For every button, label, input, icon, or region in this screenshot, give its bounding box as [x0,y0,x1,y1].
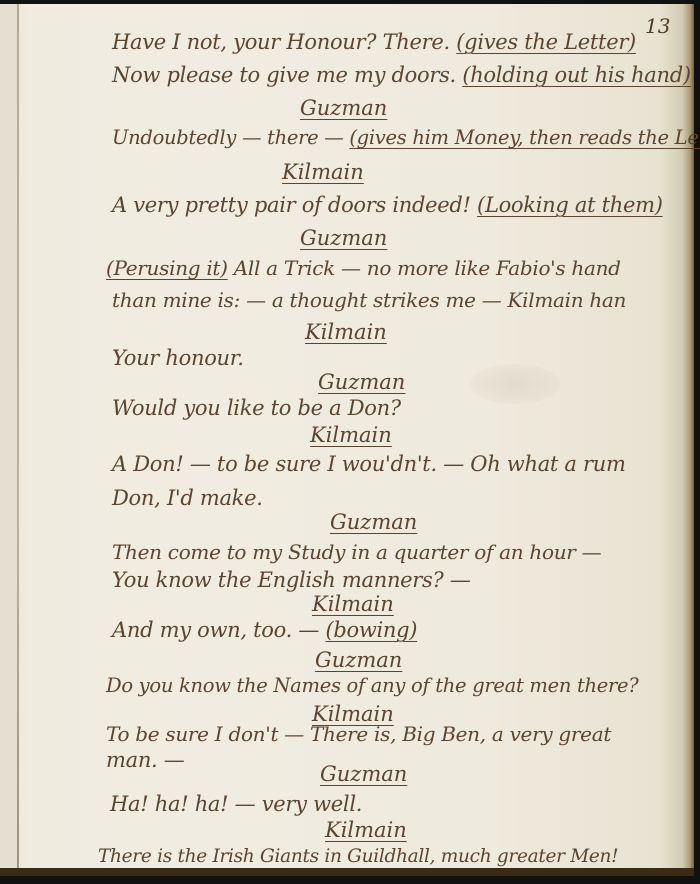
stage-direction: (gives him Money, then reads the Letter) [349,126,700,149]
dialogue-line: A very pretty pair of doors indeed! (Loo… [112,193,663,217]
speaker-name: Kilmain [282,160,364,184]
dialogue-line: Don, I'd make. [112,486,263,510]
dialogue-line: (Perusing it) All a Trick — no more like… [106,256,621,280]
dialogue-text: Now please to give me my doors. [112,63,462,87]
dialogue-text: Then come to my Study in a quarter of an… [112,540,601,564]
dialogue-line: To be sure I don't — There is, Big Ben, … [106,722,611,746]
dialogue-text: There is the Irish Giants in Guildhall, … [98,846,618,867]
script-text: Have I not, your Honour? There. (gives t… [0,0,700,884]
dialogue-text: A Don! — to be sure I wou'dn't. — Oh wha… [112,452,626,476]
dialogue-line: Have I not, your Honour? There. (gives t… [112,30,636,54]
dialogue-line: Then come to my Study in a quarter of an… [112,540,601,564]
dialogue-text: Ha! ha! ha! — very well. [110,792,362,816]
dialogue-line: Would you like to be a Don? [112,396,401,420]
dialogue-text: Don, I'd make. [112,486,263,510]
dialogue-line: And my own, too. — (bowing) [112,618,417,642]
stage-direction: (Looking at them) [477,193,663,217]
stage-direction: (holding out his hand) [462,63,690,87]
speaker-name: Guzman [318,370,405,394]
speaker-name: Kilmain [325,818,407,842]
manuscript-viewer: 13 Have I not, your Honour? There. (give… [0,0,700,884]
dialogue-line: A Don! — to be sure I wou'dn't. — Oh wha… [112,452,626,476]
dialogue-text: All a Trick — no more like Fabio's hand [228,256,621,280]
dialogue-text: A very pretty pair of doors indeed! [112,193,477,217]
dialogue-line: Do you know the Names of any of the grea… [106,674,638,697]
stage-direction: (gives the Letter) [456,30,636,54]
dialogue-line: than mine is: — a thought strikes me — K… [112,288,626,312]
dialogue-line: Ha! ha! ha! — very well. [110,792,362,816]
dialogue-text: man. — [106,748,185,772]
dialogue-line: There is the Irish Giants in Guildhall, … [98,846,618,867]
dialogue-text: You know the English manners? — [112,568,471,592]
speaker-name: Kilmain [310,423,392,447]
stage-direction: (bowing) [325,618,417,642]
dialogue-text: Would you like to be a Don? [112,396,401,420]
speaker-name: Kilmain [305,320,387,344]
dialogue-text: And my own, too. — [112,618,325,642]
speaker-name: Guzman [330,510,417,534]
speaker-name: Guzman [300,226,387,250]
dialogue-text: Your honour. [112,346,244,370]
dialogue-text: Have I not, your Honour? There. [112,30,456,54]
dialogue-text: Undoubtedly — there — [112,126,349,149]
dialogue-text: than mine is: — a thought strikes me — K… [112,288,626,312]
speaker-name: Guzman [320,762,407,786]
dialogue-text: Do you know the Names of any of the grea… [106,674,638,697]
speaker-name: Guzman [315,648,402,672]
speaker-name: Guzman [300,96,387,120]
dialogue-line: Undoubtedly — there — (gives him Money, … [112,126,700,149]
stage-direction: (Perusing it) [106,256,228,280]
dialogue-line: man. — [106,748,185,772]
dialogue-line: You know the English manners? — [112,568,471,592]
speaker-name: Kilmain [312,592,394,616]
dialogue-text: To be sure I don't — There is, Big Ben, … [106,722,611,746]
dialogue-line: Your honour. [112,346,244,370]
dialogue-line: Now please to give me my doors. (holding… [112,63,691,87]
